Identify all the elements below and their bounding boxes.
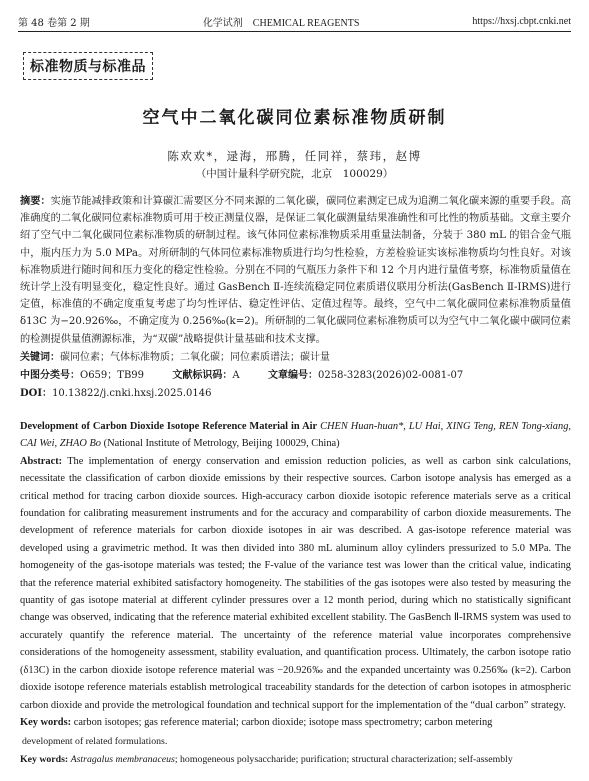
doc-code-value: A: [232, 370, 239, 381]
stray-keywords-rest: ; homogeneous polysaccharide; purificati…: [175, 754, 513, 765]
english-title: Development of Carbon Dioxide Isotope Re…: [20, 421, 317, 432]
stray-keywords-italic: Astragalus membranaceus: [71, 754, 175, 765]
doi-label: DOI：: [20, 388, 52, 399]
stray-fragment-line: development of related formulations.: [22, 736, 167, 747]
english-keywords-text: carbon isotopes; gas reference material;…: [74, 717, 493, 728]
journal-name: 化学试剂 CHEMICAL REAGENTS: [203, 14, 360, 29]
clc-label: 中图分类号：: [20, 370, 80, 381]
article-no-label: 文章编号：: [268, 370, 318, 381]
classification-line: 中图分类号：O659；TB99 文献标识码：A 文章编号：0258-3283(2…: [20, 366, 463, 381]
volume-issue: 第 48 卷第 2 期: [18, 14, 90, 29]
keywords-text: 碳同位素；气体标准物质；二氧化碳；同位素质谱法；碳计量: [60, 352, 330, 363]
article-title: 空气中二氧化碳同位素标准物质研制: [0, 103, 589, 128]
chinese-keywords: 关键词：碳同位素；气体标准物质；二氧化碳；同位素质谱法；碳计量: [20, 348, 330, 363]
stray-keywords-line: Key words: Astragalus membranaceus; homo…: [20, 754, 513, 765]
article-no-value: 0258-3283(2026)02-0081-07: [318, 370, 463, 381]
english-abstract-block: Development of Carbon Dioxide Isotope Re…: [20, 418, 571, 731]
english-affiliation: (National Institute of Metrology, Beijin…: [104, 438, 340, 449]
running-header: 第 48 卷第 2 期 化学试剂 CHEMICAL REAGENTS https…: [18, 12, 571, 30]
keywords-label: 关键词：: [20, 352, 60, 363]
english-abstract-label: Abstract:: [20, 456, 62, 467]
doi-value[interactable]: 10.13822/j.cnki.hxsj.2025.0146: [52, 388, 211, 399]
abstract-label: 摘要：: [20, 195, 51, 207]
english-keywords-label: Key words:: [20, 717, 71, 728]
doc-code-label: 文献标识码：: [172, 370, 232, 381]
stray-keywords-label: Key words:: [20, 754, 68, 765]
header-rule: [18, 31, 571, 32]
author-list: 陈欢欢*，逯海，邢腾，任同祥，蔡玮，赵博: [0, 148, 589, 164]
english-abstract-text: The implementation of energy conservatio…: [20, 456, 571, 711]
journal-url[interactable]: https://hxsj.cbpt.cnki.net: [472, 16, 571, 27]
clc-value: O659；TB99: [80, 370, 144, 381]
doi-line: DOI：10.13822/j.cnki.hxsj.2025.0146: [20, 384, 211, 399]
chinese-abstract: 摘要：实施节能减排政策和计算碳汇需要区分不同来源的二氧化碳，碳同位素测定已成为追…: [20, 193, 571, 348]
affiliation: （中国计量科学研究院，北京 100029）: [0, 166, 589, 181]
abstract-text: 实施节能减排政策和计算碳汇需要区分不同来源的二氧化碳，碳同位素测定已成为追溯二氧…: [20, 196, 571, 345]
column-tag: 标准物质与标准品: [23, 52, 153, 80]
